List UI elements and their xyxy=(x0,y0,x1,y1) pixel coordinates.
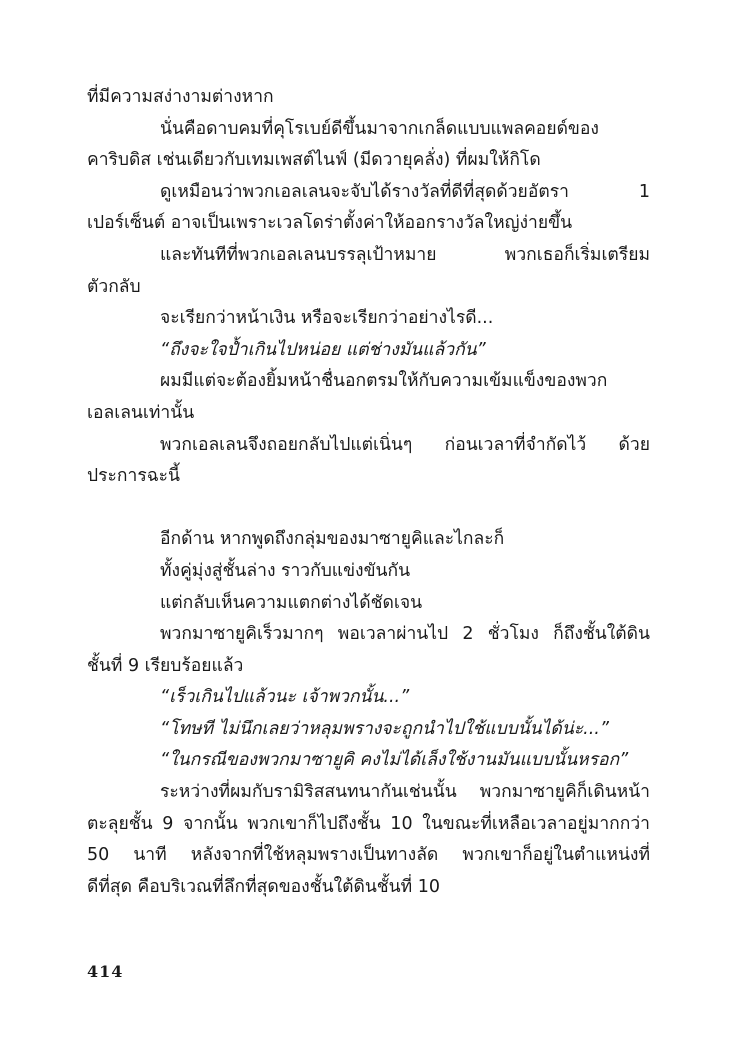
text-line: นั่นคือดาบคมที่คุโรเบย์ดีขึ้นมาจากเกล็ดแ… xyxy=(87,114,650,146)
dialogue-line: “ถึงจะใจป้ำเกินไปหน่อย แต่ช่างมันแล้วกัน… xyxy=(87,335,650,367)
text-line: ตัวกลับ xyxy=(87,272,650,304)
text-line: ผมมีแต่จะต้องยิ้มหน้าชื่นอกตรมให้กับความ… xyxy=(87,366,650,398)
text-line: พวกมาซายูคิเร็วมากๆ พอเวลาผ่านไป 2 ชั่วโ… xyxy=(87,619,650,651)
text-line: ตะลุยชั้น 9 จากนั้น พวกเขาก็ไปถึงชั้น 10… xyxy=(87,809,650,841)
text-line: ประการฉะนี้ xyxy=(87,461,650,493)
text-line: จะเรียกว่าหน้าเงิน หรือจะเรียกว่าอย่างไร… xyxy=(87,303,650,335)
dialogue-line: “ในกรณีของพวกมาซายูคิ คงไม่ได้เล็งใช้งาน… xyxy=(87,745,650,777)
dialogue-line: “เร็วเกินไปแล้วนะ เจ้าพวกนั้น...” xyxy=(87,682,650,714)
text-line: ทั้งคู่มุ่งสู่ชั้นล่าง ราวกับแข่งขันกัน xyxy=(87,556,650,588)
section-break xyxy=(87,493,650,525)
dialogue-line: “โทษที ไม่นึกเลยว่าหลุมพรางจะถูกนำไปใช้แ… xyxy=(87,714,650,746)
text-line: ชั้นที่ 9 เรียบร้อยแล้ว xyxy=(87,651,650,683)
text-line: ดูเหมือนว่าพวกเอลเลนจะจับได้รางวัลที่ดีท… xyxy=(87,177,650,209)
text-line: คาริบดิส เช่นเดียวกับเทมเพสต์ไนฟ์ (มีดวา… xyxy=(87,145,650,177)
text-line: 50 นาที หลังจากที่ใช้หลุมพรางเป็นทางลัด … xyxy=(87,840,650,872)
body-text: ที่มีความสง่างามต่างหากนั่นคือดาบคมที่คุ… xyxy=(87,82,650,903)
text-line: พวกเอลเลนจึงถอยกลับไปแต่เนิ่นๆ ก่อนเวลาท… xyxy=(87,430,650,462)
text-line: อีกด้าน หากพูดถึงกลุ่มของมาซายูคิและไกละ… xyxy=(87,524,650,556)
text-line: ที่มีความสง่างามต่างหาก xyxy=(87,82,650,114)
book-page: ที่มีความสง่างามต่างหากนั่นคือดาบคมที่คุ… xyxy=(0,0,738,1051)
text-line: เปอร์เซ็นต์ อาจเป็นเพราะเวลโดร่าตั้งค่าใ… xyxy=(87,208,650,240)
text-line: ระหว่างที่ผมกับรามิริสสนทนากันเช่นนั้น พ… xyxy=(87,777,650,809)
page-number: 414 xyxy=(87,962,123,981)
text-line: และทันทีที่พวกเอลเลนบรรลุเป้าหมาย พวกเธอ… xyxy=(87,240,650,272)
text-line: ดีที่สุด คือบริเวณที่ลึกที่สุดของชั้นใต้… xyxy=(87,872,650,904)
text-line: แต่กลับเห็นความแตกต่างได้ชัดเจน xyxy=(87,588,650,620)
text-line: เอลเลนเท่านั้น xyxy=(87,398,650,430)
